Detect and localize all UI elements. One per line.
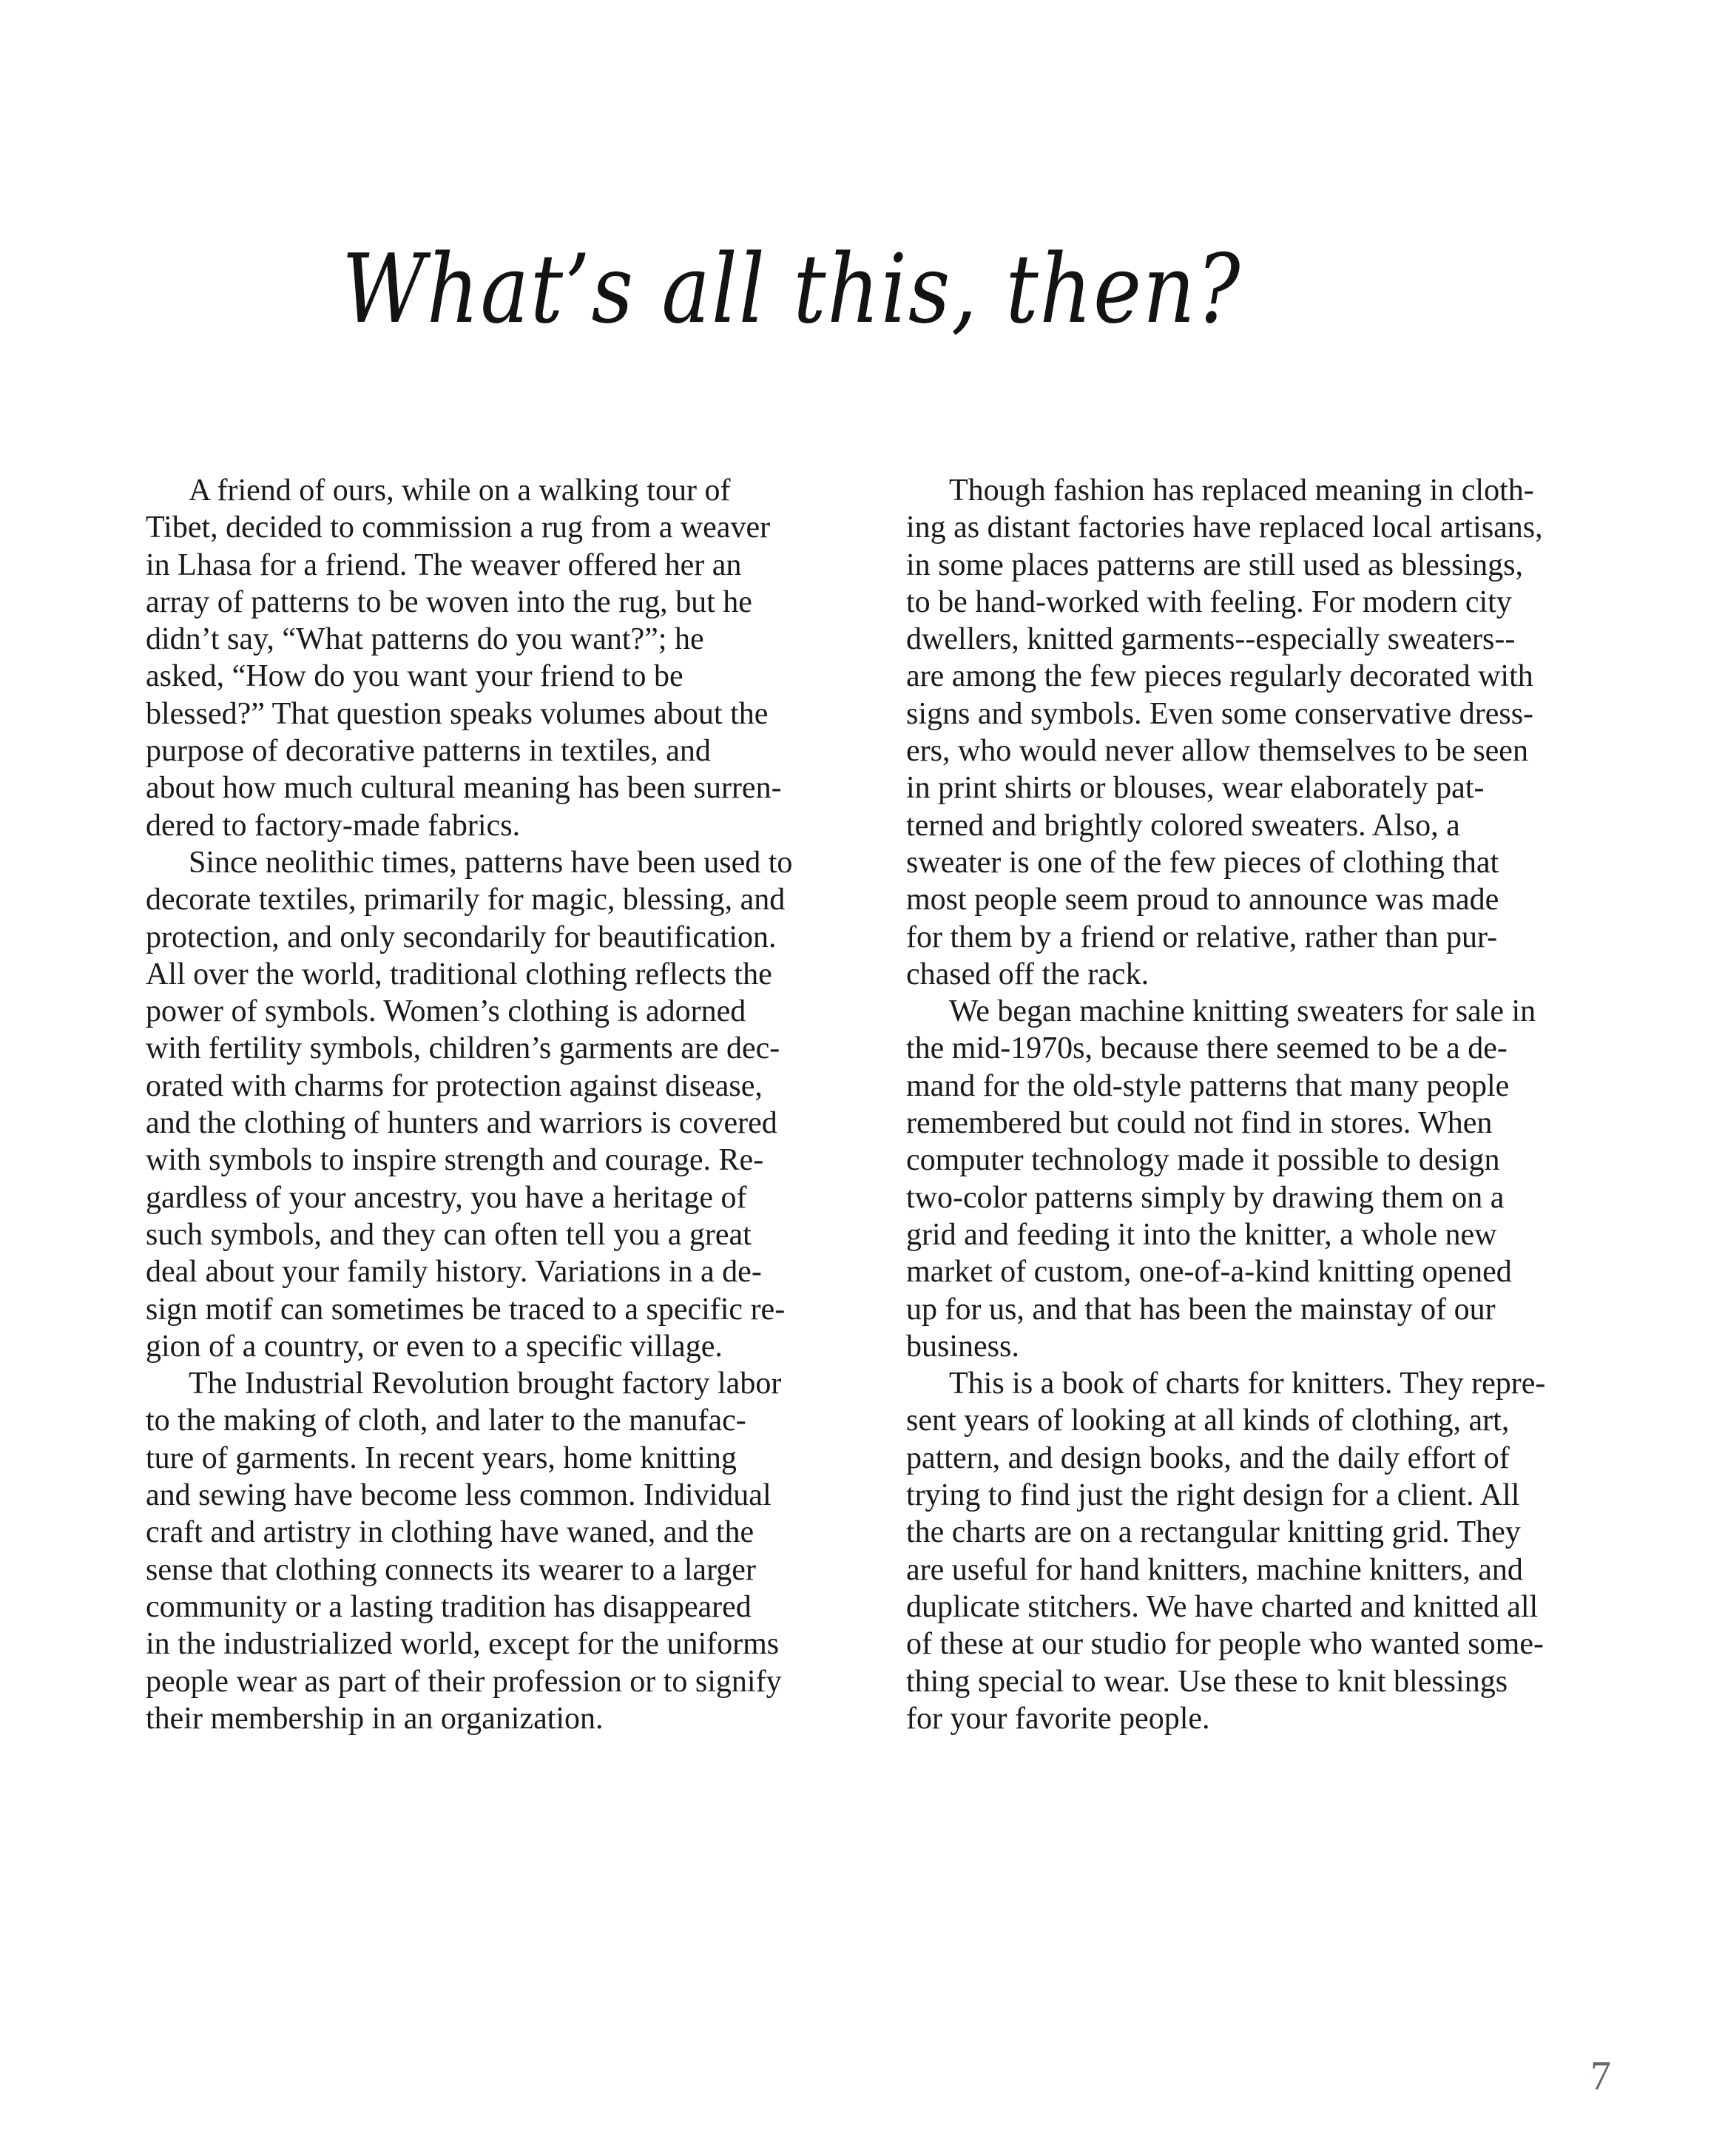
- text-line: sense that clothing connects its wearer …: [146, 1552, 871, 1589]
- text-line: grid and feeding it into the knitter, a …: [906, 1216, 1631, 1253]
- text-line: protection, and only secondarily for bea…: [146, 919, 871, 956]
- text-line: The Industrial Revolution brought factor…: [146, 1365, 871, 1402]
- text-line: to the making of cloth, and later to the…: [146, 1402, 871, 1439]
- text-line: A friend of ours, while on a walking tou…: [146, 472, 871, 509]
- text-line: craft and artistry in clothing have wane…: [146, 1514, 871, 1551]
- text-line: ers, who would never allow themselves to…: [906, 732, 1631, 769]
- paragraph-book-of-charts: This is a book of charts for knitters. T…: [906, 1365, 1631, 1737]
- text-line: sign motif can sometimes be traced to a …: [146, 1291, 871, 1328]
- text-line: Though fashion has replaced meaning in c…: [906, 472, 1631, 509]
- page-number: 7: [1590, 2054, 1611, 2098]
- text-line: We began machine knitting sweaters for s…: [906, 993, 1631, 1030]
- text-line: orated with charms for protection agains…: [146, 1068, 871, 1105]
- text-line: their membership in an organization.: [146, 1700, 871, 1737]
- text-line: signs and symbols. Even some conservativ…: [906, 695, 1631, 732]
- text-line: chased off the rack.: [906, 956, 1631, 993]
- text-line: up for us, and that has been the mainsta…: [906, 1291, 1631, 1328]
- text-line: are useful for hand knitters, machine kn…: [906, 1552, 1631, 1589]
- text-line: for them by a friend or relative, rather…: [906, 919, 1631, 956]
- text-line: All over the world, traditional clothing…: [146, 956, 871, 993]
- text-line: ture of garments. In recent years, home …: [146, 1440, 871, 1477]
- text-line: This is a book of charts for knitters. T…: [906, 1365, 1631, 1402]
- text-line: decorate textiles, primarily for magic, …: [146, 881, 871, 918]
- page-title: What’s all this, then?: [342, 231, 1241, 349]
- text-line: in the industrialized world, except for …: [146, 1626, 871, 1663]
- text-line: purpose of decorative patterns in textil…: [146, 732, 871, 769]
- text-line: sent years of looking at all kinds of cl…: [906, 1402, 1631, 1439]
- paragraph-neolithic-patterns: Since neolithic times, patterns have bee…: [146, 844, 871, 1365]
- text-line: asked, “How do you want your friend to b…: [146, 658, 871, 695]
- text-line: dwellers, knitted garments--especially s…: [906, 621, 1631, 658]
- text-line: such symbols, and they can often tell yo…: [146, 1216, 871, 1253]
- text-line: in print shirts or blouses, wear elabora…: [906, 769, 1631, 806]
- text-line: of these at our studio for people who wa…: [906, 1626, 1631, 1663]
- text-line: and sewing have become less common. Indi…: [146, 1477, 871, 1514]
- text-line: array of patterns to be woven into the r…: [146, 584, 871, 621]
- text-line: and the clothing of hunters and warriors…: [146, 1105, 871, 1142]
- text-line: for your favorite people.: [906, 1700, 1631, 1737]
- text-line: about how much cultural meaning has been…: [146, 769, 871, 806]
- text-line: with symbols to inspire strength and cou…: [146, 1142, 871, 1179]
- text-line: power of symbols. Women’s clothing is ad…: [146, 993, 871, 1030]
- text-line: deal about your family history. Variatio…: [146, 1253, 871, 1290]
- left-column: A friend of ours, while on a walking tou…: [146, 472, 871, 1737]
- text-line: mand for the old-style patterns that man…: [906, 1068, 1631, 1105]
- text-line: are among the few pieces regularly decor…: [906, 658, 1631, 695]
- text-line: sweater is one of the few pieces of clot…: [906, 844, 1631, 881]
- paragraph-tibet-rug: A friend of ours, while on a walking tou…: [146, 472, 871, 844]
- text-line: the charts are on a rectangular knitting…: [906, 1514, 1631, 1551]
- text-line: to be hand-worked with feeling. For mode…: [906, 584, 1631, 621]
- text-line: didn’t say, “What patterns do you want?”…: [146, 621, 871, 658]
- text-line: community or a lasting tradition has dis…: [146, 1589, 871, 1626]
- text-line: Since neolithic times, patterns have bee…: [146, 844, 871, 881]
- text-line: gion of a country, or even to a specific…: [146, 1328, 871, 1365]
- text-line: duplicate stitchers. We have charted and…: [906, 1589, 1631, 1626]
- text-line: business.: [906, 1328, 1631, 1365]
- text-line: in Lhasa for a friend. The weaver offere…: [146, 547, 871, 584]
- text-line: dered to factory-made fabrics.: [146, 807, 871, 844]
- text-line: thing special to wear. Use these to knit…: [906, 1663, 1631, 1700]
- text-line: in some places patterns are still used a…: [906, 547, 1631, 584]
- paragraph-machine-knitting: We began machine knitting sweaters for s…: [906, 993, 1631, 1365]
- text-line: two-color patterns simply by drawing the…: [906, 1179, 1631, 1216]
- text-line: ing as distant factories have replaced l…: [906, 509, 1631, 546]
- text-line: terned and brightly colored sweaters. Al…: [906, 807, 1631, 844]
- text-line: blessed?” That question speaks volumes a…: [146, 695, 871, 732]
- text-line: with fertility symbols, children’s garme…: [146, 1030, 871, 1067]
- book-page: What’s all this, then? A friend of ours,…: [0, 0, 1725, 2156]
- right-column: Though fashion has replaced meaning in c…: [906, 472, 1631, 1737]
- text-line: Tibet, decided to commission a rug from …: [146, 509, 871, 546]
- text-line: the mid-1970s, because there seemed to b…: [906, 1030, 1631, 1067]
- text-line: gardless of your ancestry, you have a he…: [146, 1179, 871, 1216]
- text-line: most people seem proud to announce was m…: [906, 881, 1631, 918]
- paragraph-industrial-revolution: The Industrial Revolution brought factor…: [146, 1365, 871, 1737]
- text-line: trying to find just the right design for…: [906, 1477, 1631, 1514]
- text-line: pattern, and design books, and the daily…: [906, 1440, 1631, 1477]
- text-line: computer technology made it possible to …: [906, 1142, 1631, 1179]
- paragraph-fashion-meaning: Though fashion has replaced meaning in c…: [906, 472, 1631, 993]
- text-line: remembered but could not find in stores.…: [906, 1105, 1631, 1142]
- text-line: market of custom, one-of-a-kind knitting…: [906, 1253, 1631, 1290]
- text-line: people wear as part of their profession …: [146, 1663, 871, 1700]
